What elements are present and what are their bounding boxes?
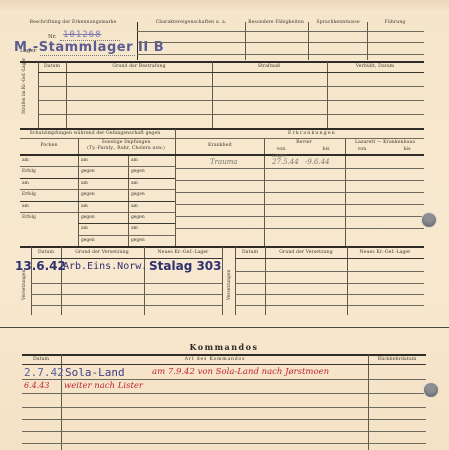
rule [175,228,424,229]
col-smallpox: Pocken [40,143,57,148]
transfers-side-label-left: Versetzungen [22,270,27,300]
rule [31,294,222,295]
col-kommando-type: Art des Kommandos [185,357,245,362]
vaccination-other-cell: am [81,181,88,186]
rule [175,216,424,217]
vaccination-other-cell: gegen [81,215,95,220]
rule [137,42,424,43]
vaccinations-title: Schutzimpfungen während der Gefangenscha… [30,131,161,136]
rule [31,283,222,284]
rule [78,235,175,236]
vaccination-smallpox-cell: am [22,181,29,186]
col-illness: Krankheit [208,143,232,148]
vaccination-smallpox-cell: am [22,158,29,163]
rule [20,189,175,190]
divider [222,247,223,315]
vaccination-other-cell: gegen [81,192,95,197]
rule [20,212,175,213]
kommando-date-2: 6.4.43 [24,381,49,390]
kommando-note-1: am 7.9.42 von Sola-Land nach Jørstmoen [152,367,329,377]
pow-record-card: Beschriftung der Erkennungsmarke Nr. 101… [0,0,449,450]
col-hospital-to: bis [403,147,410,152]
rule [22,354,426,356]
vaccination-smallpox-cell: am [22,204,29,209]
col-transfer-camp-2: Neues Kr.-Gef.-Lager [360,250,411,255]
kommandos-title: Kommandos [190,342,259,352]
vaccination-smallpox-cell: Erfolg [22,192,36,197]
vaccination-other-cell: gegen [81,169,95,174]
rule [38,86,424,87]
col-kommando-date: Datum [33,357,49,362]
rule [235,271,424,272]
vaccination-other-cell: am [131,204,138,209]
vaccination-smallpox-cell: Erfolg [22,215,36,220]
illness-entry: Trauma [210,158,238,166]
rule [235,294,424,295]
vaccination-other-cell: am [81,158,88,163]
col-sickbay-to: bis [322,147,329,152]
rule [175,192,424,193]
col-languages: Sprachkenntnisse [316,20,359,25]
col-transfer-date-2: Datum [242,250,258,255]
vaccination-other-cell: gegen [131,192,145,197]
col-sickbay: Revier [296,140,312,145]
col-other-vaccines-sub: (Ty.-Paraty., Ruhr, Cholera usw.) [87,146,165,151]
id-number: 101268 [63,30,102,40]
kommando-date-1: 2.7.42 [24,366,64,379]
punch-hole [424,383,438,397]
rule [137,31,424,32]
vaccination-smallpox-cell: Erfolg [22,169,36,174]
col-hospital: Lazarett — Krankenhaus [355,140,415,145]
sickbay-from: 27.5.44 [272,158,299,166]
sickbay-to: -9.6.44 [305,158,330,166]
vaccination-other-cell: am [81,204,88,209]
rule [20,128,424,130]
rule [38,72,424,73]
rule [20,201,175,202]
rule [137,54,424,55]
divider [368,355,369,450]
col-abilities: Besondere Fähigkeiten [248,20,304,25]
rule [20,178,175,179]
vaccination-other-cell: gegen [131,238,145,243]
col-hospital-from: von [358,147,367,152]
rule [235,258,424,259]
illnesses-title: Erkrankungen [288,131,336,136]
vaccination-other-cell: gegen [131,215,145,220]
col-return-date: Rückkehrdatum [378,357,417,362]
rule [175,204,424,205]
col-other-vaccines: Sonstige Impfungen [102,140,151,145]
kommando-type-1: Sola-Land [65,366,125,379]
transfer-date: 13.6.42 [15,259,66,273]
vaccination-other-cell: am [131,181,138,186]
rule [31,305,222,306]
id-tag-label: Beschriftung der Erkennungsmarke [29,20,116,25]
rule [235,283,424,284]
punishments-top-border [20,61,424,63]
rule [20,154,175,156]
transfer-camp: Stalag 303 [149,259,222,273]
rule [22,407,426,408]
rule [235,305,424,306]
col-transfer-reason-2: Grund der Versetzung [279,250,333,255]
rule [175,138,424,139]
col-penalty: Strafmaß [258,64,281,69]
rule [38,114,424,115]
col-date: Datum [44,64,60,69]
col-character: Charaktereigenschaften u. a. [156,20,227,25]
col-reason: Grund der Bestrafung [112,64,165,69]
fold-line [0,327,449,328]
col-transfer-reason: Grund der Versetzung [75,250,129,255]
rule [20,138,175,139]
rule [22,443,426,444]
col-transfer-camp: Neues Kr.-Gef.-Lager [158,250,209,255]
vaccination-other-cell: am [131,226,138,231]
col-sickbay-from: von [277,147,286,152]
vaccination-other-cell: am [131,158,138,163]
vaccination-other-cell: gegen [131,169,145,174]
rule [175,154,424,156]
rule [22,393,426,394]
vaccination-other-cell: am [81,226,88,231]
rule [40,55,135,56]
rule [22,419,426,420]
kommando-note-2: weiter nach Lister [64,381,143,391]
rule [78,223,175,224]
punch-hole [422,213,436,227]
col-transfer-date: Datum [38,250,54,255]
rule [175,168,424,169]
rule [22,431,426,432]
vaccination-other-cell: gegen [81,238,95,243]
rule [22,364,426,365]
rule [38,100,424,101]
punishments-side-label: Strafen im Kr.-Gef.-Lager [22,58,27,114]
rule [20,166,175,167]
rule [22,379,426,380]
rule [175,180,424,181]
nr-underline [60,40,120,41]
col-conduct: Führung [385,20,406,25]
col-served: Verbüßt, Datum [356,64,395,69]
transfers-side-label-right: Versetzungen [227,270,232,300]
transfer-reason: Arb.Eins.Norw. [63,261,147,272]
